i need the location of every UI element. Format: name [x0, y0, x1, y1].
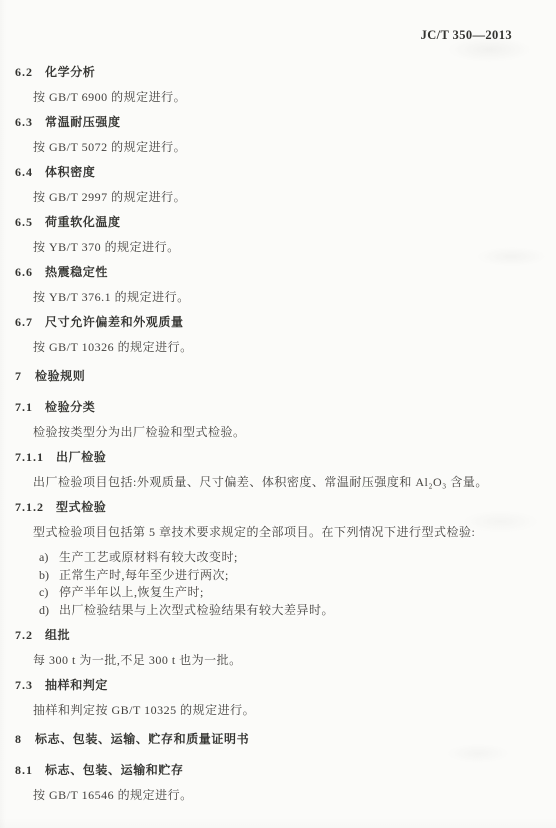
section-title: 体积密度	[45, 165, 95, 179]
paragraph: 每 300 t 为一批,不足 300 t 也为一批。	[15, 653, 514, 667]
paragraph: 按 GB/T 5072 的规定进行。	[15, 140, 514, 154]
section-number: 7	[15, 369, 22, 383]
document-body: 6.2化学分析按 GB/T 6900 的规定进行。6.3常温耐压强度按 GB/T…	[15, 54, 514, 813]
list-marker: b)	[39, 568, 59, 582]
list-item: c)停产半年以上,恢复生产时;	[15, 585, 514, 599]
list-marker: a)	[39, 550, 59, 564]
section-title: 抽样和判定	[45, 678, 108, 692]
paragraph: 按 GB/T 2997 的规定进行。	[15, 190, 514, 204]
section-number: 7.2	[15, 628, 33, 642]
section-heading-7.3: 7.3抽样和判定	[15, 678, 514, 692]
page-header: JC/T 350—2013	[421, 28, 512, 43]
section-number: 7.3	[15, 678, 33, 692]
section-heading-7.1: 7.1检验分类	[15, 400, 514, 414]
section-heading-6.2: 6.2化学分析	[15, 65, 514, 79]
section-number: 6.2	[15, 65, 33, 79]
section-title: 常温耐压强度	[45, 115, 121, 129]
section-number: 6.6	[15, 265, 33, 279]
section-heading-6.3: 6.3常温耐压强度	[15, 115, 514, 129]
list-item: a)生产工艺或原材料有较大改变时;	[15, 550, 514, 564]
section-number: 8	[15, 732, 22, 746]
section-title: 型式检验	[56, 500, 106, 514]
paragraph: 按 GB/T 6900 的规定进行。	[15, 90, 514, 104]
section-heading-7.2: 7.2组批	[15, 628, 514, 642]
section-title: 化学分析	[45, 65, 95, 79]
section-heading-6.4: 6.4体积密度	[15, 165, 514, 179]
section-title: 出厂检验	[56, 450, 106, 464]
section-number: 6.5	[15, 215, 33, 229]
section-number: 8.1	[15, 763, 33, 777]
paragraph: 按 GB/T 10326 的规定进行。	[15, 340, 514, 354]
section-title: 标志、包装、运输和贮存	[45, 763, 184, 777]
section-title: 热震稳定性	[45, 265, 108, 279]
section-number: 6.3	[15, 115, 33, 129]
section-heading-7.1.2: 7.1.2型式检验	[15, 500, 514, 514]
paragraph: 抽样和判定按 GB/T 10325 的规定进行。	[15, 703, 514, 717]
list-item-text: 停产半年以上,恢复生产时;	[59, 585, 204, 599]
section-heading-7.1.1: 7.1.1出厂检验	[15, 450, 514, 464]
list-item-text: 出厂检验结果与上次型式检验结果有较大差异时。	[59, 603, 334, 617]
section-number: 7.1.1	[15, 450, 44, 464]
section-heading-8.1: 8.1标志、包装、运输和贮存	[15, 763, 514, 777]
standard-number: JC/T 350—2013	[421, 28, 512, 42]
section-title: 检验规则	[35, 369, 85, 383]
section-heading-6.6: 6.6热震稳定性	[15, 265, 514, 279]
paragraph: 按 GB/T 16546 的规定进行。	[15, 788, 514, 802]
paragraph: 出厂检验项目包括:外观质量、尺寸偏差、体积密度、常温耐压强度和 Al₂O₃ 含量…	[15, 475, 514, 489]
section-title: 组批	[45, 628, 70, 642]
paragraph: 按 YB/T 376.1 的规定进行。	[15, 290, 514, 304]
section-heading-8: 8标志、包装、运输、贮存和质量证明书	[15, 732, 514, 746]
section-title: 尺寸允许偏差和外观质量	[45, 315, 184, 329]
list-item: b)正常生产时,每年至少进行两次;	[15, 568, 514, 582]
list-item: d)出厂检验结果与上次型式检验结果有较大差异时。	[15, 603, 514, 617]
section-heading-6.7: 6.7尺寸允许偏差和外观质量	[15, 315, 514, 329]
paragraph: 按 YB/T 370 的规定进行。	[15, 240, 514, 254]
paragraph: 型式检验项目包括第 5 章技术要求规定的全部项目。在下列情况下进行型式检验:	[15, 525, 514, 539]
list-item-text: 正常生产时,每年至少进行两次;	[59, 568, 229, 582]
scanned-document-page: JC/T 350—2013 6.2化学分析按 GB/T 6900 的规定进行。6…	[0, 0, 556, 828]
section-title: 标志、包装、运输、贮存和质量证明书	[35, 732, 249, 746]
section-number: 6.4	[15, 165, 33, 179]
section-number: 6.7	[15, 315, 33, 329]
list-marker: c)	[39, 585, 59, 599]
list-item-text: 生产工艺或原材料有较大改变时;	[59, 550, 238, 564]
section-title: 检验分类	[45, 400, 95, 414]
paragraph: 检验按类型分为出厂检验和型式检验。	[15, 425, 514, 439]
list-marker: d)	[39, 603, 59, 617]
section-heading-6.5: 6.5荷重软化温度	[15, 215, 514, 229]
section-number: 7.1	[15, 400, 33, 414]
section-heading-7: 7检验规则	[15, 369, 514, 383]
section-title: 荷重软化温度	[45, 215, 121, 229]
section-number: 7.1.2	[15, 500, 44, 514]
